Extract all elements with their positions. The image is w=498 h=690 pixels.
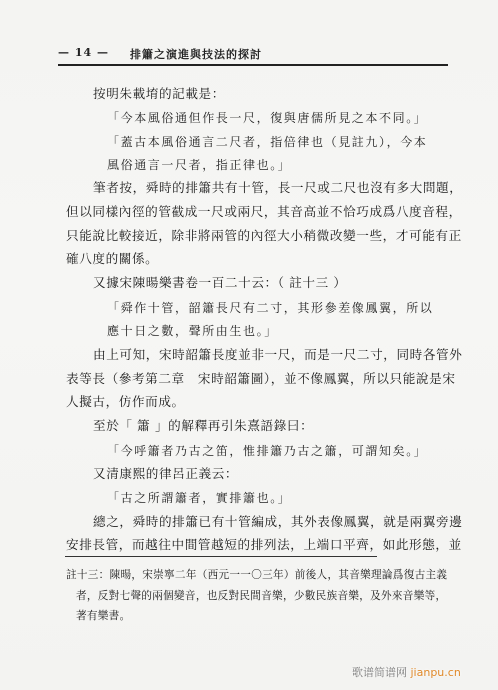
body-line: 但以同樣內徑的管截成一尺或兩尺，其音高並不恰巧成爲八度音程， [66, 204, 462, 220]
page-header: — 14 — 排簫之演進與技法的探討 [58, 46, 448, 64]
body-line: 人擬古，仿作而成。 [66, 394, 185, 410]
body-line: 又據宋陳暘樂書卷一百二十云：（ 註十三 ） [93, 275, 347, 291]
footnote-line: 註十三：陳暘，宋崇寧二年（西元一一〇三年）前後人，其音樂理論爲復古主義 [66, 568, 447, 582]
body-line: 又清康熙的律呂正義云： [93, 466, 238, 482]
footnote-rule [65, 556, 377, 557]
quote-line: 「古之所謂簫者，實排簫也。」 [107, 490, 291, 506]
watermark: 歌谱简谱网 jianpu.cn [352, 664, 461, 680]
footnote-line: 著有樂書。 [76, 609, 130, 623]
body-line: 確八度的關係。 [66, 251, 158, 267]
page-number: — 14 — [58, 46, 109, 59]
footnote-line: 者，反對七聲的兩個變音，也反對民間音樂，少數民族音樂，及外來音樂等， [76, 589, 446, 603]
running-title: 排簫之演進與技法的探討 [130, 46, 262, 62]
watermark-latin: jianpu.cn [411, 666, 461, 679]
body-line: 總之，舜時的排簫已有十管編成，其外表像鳳翼，就是兩翼旁邊 [93, 514, 462, 530]
body-line: 表等長（參考第二章 宋時韶簫圖），並不像鳳翼，所以只能說是宋 [66, 371, 456, 387]
body-line: 安排長管，而越往中間管越短的排列法，上端口平齊，如此形態，並 [66, 537, 462, 553]
quote-line: 「蓋古本風俗通言二尺者，指倍律也（見註九），今本 [107, 134, 427, 150]
quote-line: 應十日之數，聲所由生也。」 [107, 323, 278, 339]
quote-line: 「舜作十管，韶簫長尺有二寸，其形參差像鳳翼，所以 [107, 300, 433, 316]
header-rule [58, 64, 448, 66]
body-line: 只能說比較接近，除非將兩管的內徑大小稍微改變一些，才可能有正 [66, 228, 462, 244]
body-line: 由上可知，宋時韶簫長度並非一尺，而是一尺二寸，同時各管外 [93, 347, 462, 363]
body-line: 按明朱載堉的記載是： [93, 86, 225, 102]
quote-line: 「今本風俗通但作長一尺，復與唐儒所見之本不同。」 [107, 110, 427, 126]
watermark-cn: 歌谱简谱网 [352, 666, 407, 679]
body-line: 至於「 簫 」的解釋再引朱熹語錄曰： [93, 418, 313, 434]
quote-line: 「今呼簫者乃古之笛，惟排簫乃古之簫，可謂知矣。」 [107, 443, 427, 459]
document-page: — 14 — 排簫之演進與技法的探討 按明朱載堉的記載是： 「今本風俗通但作長一… [0, 0, 498, 690]
body-line: 筆者按，舜時的排簫共有十管，長一尺或二尺也沒有多大問題， [93, 180, 462, 196]
quote-line: 風俗通言一尺者，指正律也。」 [107, 157, 291, 173]
